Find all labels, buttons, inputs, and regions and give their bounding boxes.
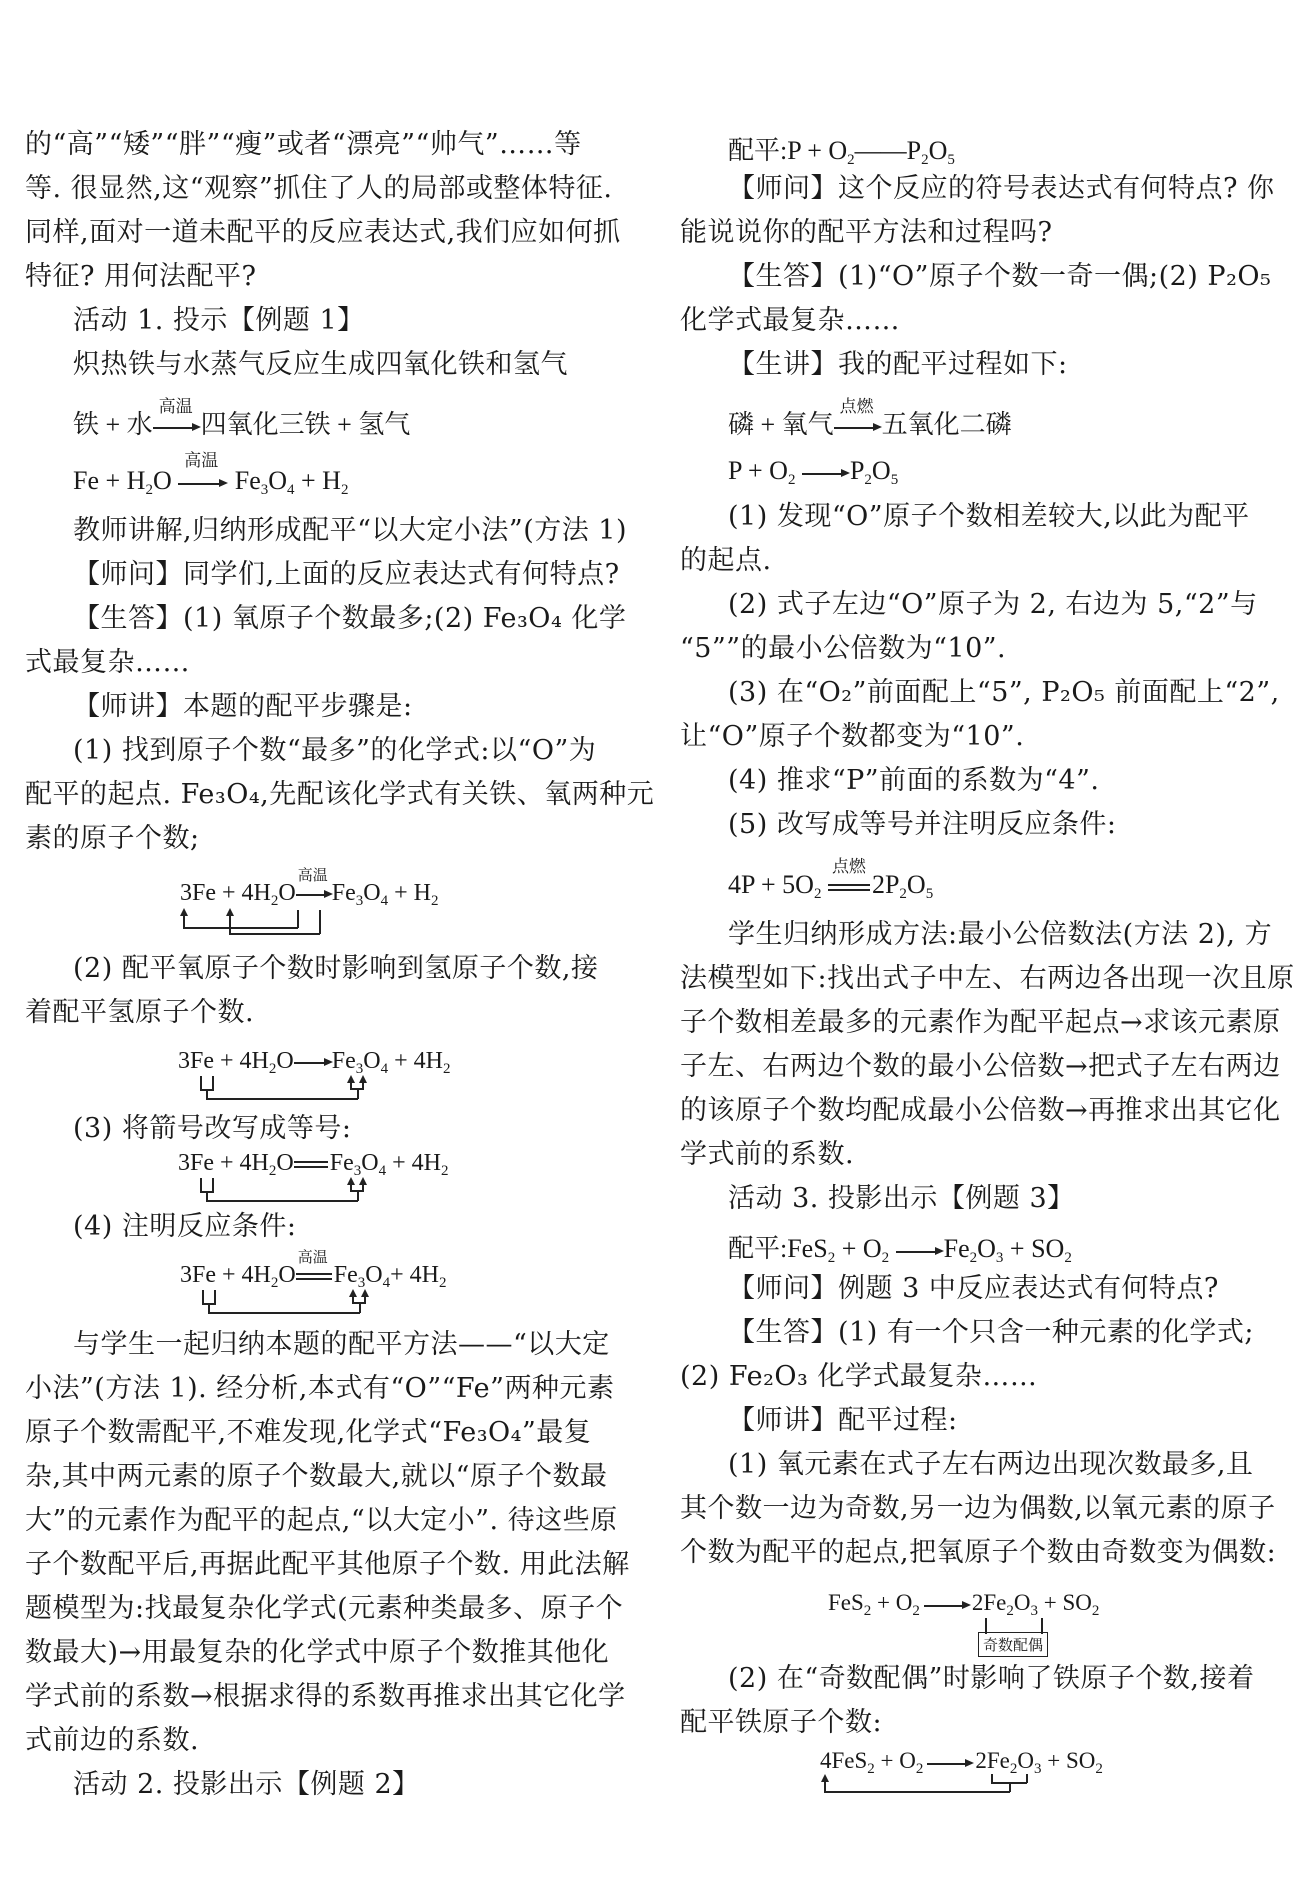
paragraph-line: 个数为配平的起点,把氧原子个数由奇数变为偶数: [680, 1536, 1280, 1570]
paragraph-line: 的起点. [680, 544, 1280, 578]
eq-part: + 4H [386, 1150, 441, 1176]
reaction-condition: 高温 [298, 1246, 328, 1267]
paragraph-line: 炽热铁与水蒸气反应生成四氧化铁和氢气 [73, 348, 568, 382]
paragraph-line: 同样,面对一道未配平的反应表达式,我们应如何抓 [25, 216, 625, 250]
eq-part: + 4H [390, 1262, 439, 1288]
eq-part: P [907, 136, 921, 165]
eq-part: P + O [728, 456, 788, 485]
subscript: 5 [891, 472, 899, 488]
paragraph-line: 原子个数需配平,不难发现,化学式“Fe₃O₄”最复 [25, 1416, 625, 1450]
eq-part: 配平:FeS [728, 1234, 828, 1263]
paragraph-line: 教师讲解,归纳形成配平“以大定小法”(方法 1) [73, 514, 627, 548]
eq-part: P [850, 456, 864, 485]
eq-part: + 4H [388, 1048, 443, 1074]
balanced-equation-phosphorus: 4P + 5O2 点燃2P2O5 [728, 870, 933, 900]
student-answer: 【生答】(1) 氧原子个数最多;(2) Fe₃O₄ 化学 [73, 602, 626, 636]
subscript: 4 [381, 1061, 389, 1077]
eq-part: O [363, 880, 380, 906]
step2-equation: 3Fe + 4H2OFe3O4 + 4H2 [178, 1048, 450, 1075]
step-line: (2) 在“奇数配偶”时影响了铁原子个数,接着 [728, 1662, 1255, 1696]
example2-equation: 配平:P + O2——P2O5 [728, 130, 955, 167]
reaction-condition: 高温 [184, 446, 218, 471]
paragraph-line: 与学生一起归纳本题的配平方法——“以大定 [73, 1328, 610, 1362]
eq-part: + SO [1003, 1234, 1064, 1263]
paragraph-line: 着配平氢原子个数. [25, 996, 625, 1030]
subscript: 3 [1031, 1603, 1039, 1619]
step-line: (3) 将箭号改写成等号: [73, 1112, 351, 1146]
step3-equation: 3Fe + 4H2OFe3O4 + 4H2 [178, 1150, 448, 1177]
odd-even-equation-diagram: FeS2 + O22Fe2O3 + SO2 奇数配偶 [828, 1590, 1158, 1660]
teacher-question: 【师问】同学们,上面的反应表达式有何特点? [73, 558, 620, 592]
subscript: 3 [1034, 1761, 1042, 1777]
arrow-icon: 高温 [296, 882, 332, 906]
eq-part: O [276, 1048, 293, 1074]
subscript: 2 [1006, 1603, 1014, 1619]
eq-part: O [977, 1234, 996, 1263]
paragraph-line: 等. 很显然,这“观察”抓住了人的局部或整体特征. [25, 172, 625, 206]
subscript: 2 [847, 152, 855, 168]
eq-part: 2P [872, 870, 899, 899]
subscript: 2 [439, 1275, 447, 1291]
eq-part: 配平:P + O [728, 136, 847, 165]
paragraph-line: 特征? 用何法配平? [25, 260, 625, 294]
activity-heading: 活动 1. 投示【例题 1】 [73, 304, 365, 338]
symbol-equation-phosphorus: P + O2 P2O5 [728, 456, 898, 486]
paragraph-line: 小法”(方法 1). 经分析,本式有“O”“Fe”两种元素 [25, 1372, 625, 1406]
equation-reactants: 磷 + 氧气 [728, 410, 834, 439]
eq-part: FeS [828, 1590, 864, 1615]
paragraph-line: 式最复杂…… [25, 646, 625, 680]
eq-part: + O [871, 1590, 912, 1615]
eq-part: + SO [1042, 1748, 1096, 1773]
eq-part: O [278, 880, 295, 906]
eq-part: Fe + H [73, 466, 145, 495]
eq-part: 2Fe [972, 1590, 1007, 1615]
word-equation-phosphorus: 磷 + 氧气点燃五氧化二磷 [728, 404, 1012, 441]
step4-equation-diagram: 3Fe + 4H2O高温Fe3O4+ 4H2 [180, 1262, 500, 1322]
step1-equation: 3Fe + 4H2O高温Fe3O4 + H2 [180, 880, 438, 907]
paragraph-line: 其个数一边为奇数,另一边为偶数,以氧元素的原子 [680, 1492, 1280, 1526]
eq-part: O [276, 1150, 293, 1176]
odd-even-label-box: 奇数配偶 [978, 1632, 1048, 1657]
eq-part: 3Fe + 4H [180, 1262, 271, 1288]
paragraph-line: 的“高”“矮”“胖”“瘦”或者“漂亮”“帅气”……等 [25, 128, 625, 162]
paragraph-line: 素的原子个数; [25, 822, 625, 856]
subscript: 2 [1095, 1761, 1103, 1777]
paragraph-line: 大”的元素作为配平的起点,“以大定小”. 待这些原 [25, 1504, 625, 1538]
subscript: 2 [912, 1603, 920, 1619]
subscript: 2 [788, 472, 796, 488]
eq-part: 3Fe + 4H [178, 1048, 269, 1074]
eq-part: O [872, 456, 891, 485]
subscript: 2 [1064, 1250, 1072, 1266]
paragraph-line: 能说说你的配平方法和过程吗? [680, 216, 1280, 250]
step-line: (4) 注明反应条件: [73, 1210, 296, 1244]
step4-equation: 3Fe + 4H2O高温Fe3O4+ 4H2 [180, 1262, 446, 1289]
eq-part: 2Fe [975, 1748, 1010, 1773]
paragraph-line: 配平铁原子个数: [680, 1706, 1280, 1740]
eq-part: O [363, 1048, 380, 1074]
step2-equation-diagram: 3Fe + 4H2OFe3O4 + 4H2 [178, 1048, 498, 1108]
paragraph-line: 子左、右两边个数的最小公倍数→把式子左右两边 [680, 1050, 1280, 1084]
eq-part: O [907, 870, 926, 899]
subscript: 2 [882, 1250, 890, 1266]
eq-part: + O [835, 1234, 881, 1263]
equation-products: 五氧化二磷 [882, 410, 1012, 439]
step-line: (5) 改写成等号并注明反应条件: [728, 808, 1116, 842]
subscript: 4 [381, 893, 389, 909]
subscript: 2 [814, 886, 822, 902]
step-line: (1) 找到原子个数“最多”的化学式:以“O”为 [73, 734, 596, 768]
eq-part: O [278, 1262, 295, 1288]
eq-part: + O [875, 1748, 916, 1773]
paragraph-line: 学式前的系数→根据求得的系数再推求出其它化学 [25, 1680, 625, 1714]
arrow-icon: 点燃 [834, 414, 882, 440]
eq-part: O [361, 1150, 378, 1176]
paragraph-line: 的该原子个数均配成最小公倍数→再推求出其它化 [680, 1094, 1280, 1128]
eq-part: O [929, 136, 948, 165]
student-answer: 【生答】(1) 有一个只含一种元素的化学式; [728, 1316, 1254, 1350]
reaction-condition: 高温 [298, 864, 328, 885]
eq-part: + H [295, 466, 341, 495]
eq-part: —— [855, 136, 907, 165]
step-line: (2) 配平氧原子个数时影响到氢原子个数,接 [73, 952, 598, 986]
activity-heading: 活动 3. 投影出示【例题 3】 [728, 1182, 1075, 1216]
reaction-condition: 点燃 [840, 392, 874, 417]
word-equation-iron-water: 铁 + 水高温四氧化三铁 + 氢气 [73, 404, 410, 441]
arrow-icon: 高温 [178, 470, 228, 496]
subscript: 2 [431, 893, 439, 909]
paragraph-line: 学式前的系数. [680, 1138, 1280, 1172]
subscript: 4 [383, 1275, 391, 1291]
symbol-equation-iron-water: Fe + H2O 高温 Fe3O4 + H2 [73, 466, 348, 496]
paragraph-line: 学生归纳形成方法:最小公倍数法(方法 2), 方 [728, 918, 1272, 952]
arrow-icon [923, 1751, 975, 1775]
subscript: 2 [899, 886, 907, 902]
eq-part: Fe [332, 1048, 356, 1074]
eq-part: 3Fe + 4H [180, 880, 271, 906]
subscript: 4 [287, 482, 295, 498]
equation-products: 四氧化三铁 + 氢气 [201, 410, 411, 439]
subscript: 2 [864, 472, 872, 488]
subscript: 2 [341, 482, 349, 498]
subscript: 2 [921, 152, 929, 168]
subscript: 2 [1092, 1603, 1100, 1619]
equals-sign-icon: 点燃 [828, 874, 872, 900]
paragraph-line: 子个数相差最多的元素作为配平起点→求该元素原 [680, 1006, 1280, 1040]
subscript: 2 [145, 482, 153, 498]
paragraph-line: 让“O”原子个数都变为“10”. [680, 720, 1280, 754]
subscript: 5 [926, 886, 934, 902]
step-line: (2) 式子左边“O”原子为 2, 右边为 5,“2”与 [728, 588, 1258, 622]
step1-equation-diagram: 3Fe + 4H2O高温Fe3O4 + H2 [180, 880, 500, 950]
teacher-lecture: 【师讲】配平过程: [728, 1404, 958, 1438]
teacher-question: 【师问】例题 3 中反应表达式有何特点? [728, 1272, 1219, 1306]
step3-equation-diagram: 3Fe + 4H2OFe3O4 + 4H2 [178, 1150, 498, 1210]
eq-part: 3Fe + 4H [178, 1150, 269, 1176]
subscript: 2 [441, 1163, 449, 1179]
step-line: (1) 发现“O”原子个数相差较大,以此为配平 [728, 500, 1250, 534]
student-answer: 【生答】(1)“O”原子个数一奇一偶;(2) P₂O₅ [728, 260, 1271, 294]
eq-part: O [1014, 1590, 1031, 1615]
step-line: (3) 在“O₂”前面配上“5”, P₂O₅ 前面配上“2”, [728, 676, 1280, 710]
iron-equation-diagram: 4FeS2 + O22Fe2O3 + SO2 [820, 1748, 1160, 1808]
arrow-icon [802, 460, 850, 486]
eq-part: O [365, 1262, 382, 1288]
eq-part: O [1017, 1748, 1034, 1773]
paragraph-line: 杂,其中两元素的原子个数最大,就以“原子个数最 [25, 1460, 625, 1494]
paragraph-line: 子个数配平后,再据此配平其他原子个数. 用此法解 [25, 1548, 625, 1582]
eq-part: Fe [944, 1234, 970, 1263]
paragraph-line: 化学式最复杂…… [680, 304, 1280, 338]
reaction-condition: 点燃 [832, 852, 866, 877]
subscript: 5 [947, 152, 955, 168]
reaction-condition: 高温 [159, 392, 193, 417]
eq-part: Fe [330, 1150, 354, 1176]
arrow-icon: 高温 [153, 414, 201, 440]
activity-heading: 活动 2. 投影出示【例题 2】 [73, 1768, 420, 1802]
step-line: (1) 氧元素在式子左右两边出现次数最多,且 [728, 1448, 1253, 1482]
arrow-icon [294, 1050, 332, 1074]
eq-part: O [153, 466, 172, 495]
paragraph-line: 题模型为:找最复杂化学式(元素种类最多、原子个 [25, 1592, 625, 1626]
subscript: 2 [443, 1061, 451, 1077]
eq-part: + H [388, 880, 431, 906]
arrow-icon [920, 1593, 972, 1617]
eq-part: Fe [332, 880, 356, 906]
paragraph-line: 法模型如下:找出式子中左、右两边各出现一次且原 [680, 962, 1280, 996]
eq-part: Fe [334, 1262, 358, 1288]
paragraph-line: (2) Fe₂O₃ 化学式最复杂…… [680, 1360, 1280, 1394]
subscript: 2 [867, 1761, 875, 1777]
eq-part: + SO [1038, 1590, 1092, 1615]
teacher-lecture: 【师讲】本题的配平步骤是: [73, 690, 413, 724]
teacher-question: 【师问】这个反应的符号表达式有何特点? 你 [728, 172, 1275, 206]
subscript: 4 [379, 1163, 387, 1179]
step-line: (4) 推求“P”前面的系数为“4”. [728, 764, 1099, 798]
eq-part: O [268, 466, 287, 495]
arrow-icon [896, 1238, 944, 1264]
student-lecture: 【生讲】我的配平过程如下: [728, 348, 1068, 382]
odd-even-equation: FeS2 + O22Fe2O3 + SO2 [828, 1590, 1099, 1617]
equals-sign-icon [294, 1152, 330, 1176]
equals-sign-icon: 高温 [296, 1264, 334, 1288]
eq-part: Fe [235, 466, 261, 495]
example3-equation: 配平:FeS2 + O2 Fe2O3 + SO2 [728, 1228, 1072, 1265]
iron-equation: 4FeS2 + O22Fe2O3 + SO2 [820, 1748, 1103, 1775]
equation-reactants: 铁 + 水 [73, 410, 153, 439]
paragraph-line: 数最大)→用最复杂的化学式中原子个数推其他化 [25, 1636, 625, 1670]
eq-part: 4FeS [820, 1748, 867, 1773]
paragraph-line: 式前边的系数. [25, 1724, 625, 1758]
paragraph-line: 配平的起点. Fe₃O₄,先配该化学式有关铁、氧两种元 [25, 778, 625, 812]
paragraph-line: “5””的最小公倍数为“10”. [680, 632, 1280, 666]
subscript: 2 [916, 1761, 924, 1777]
eq-part: 4P + 5O [728, 870, 814, 899]
